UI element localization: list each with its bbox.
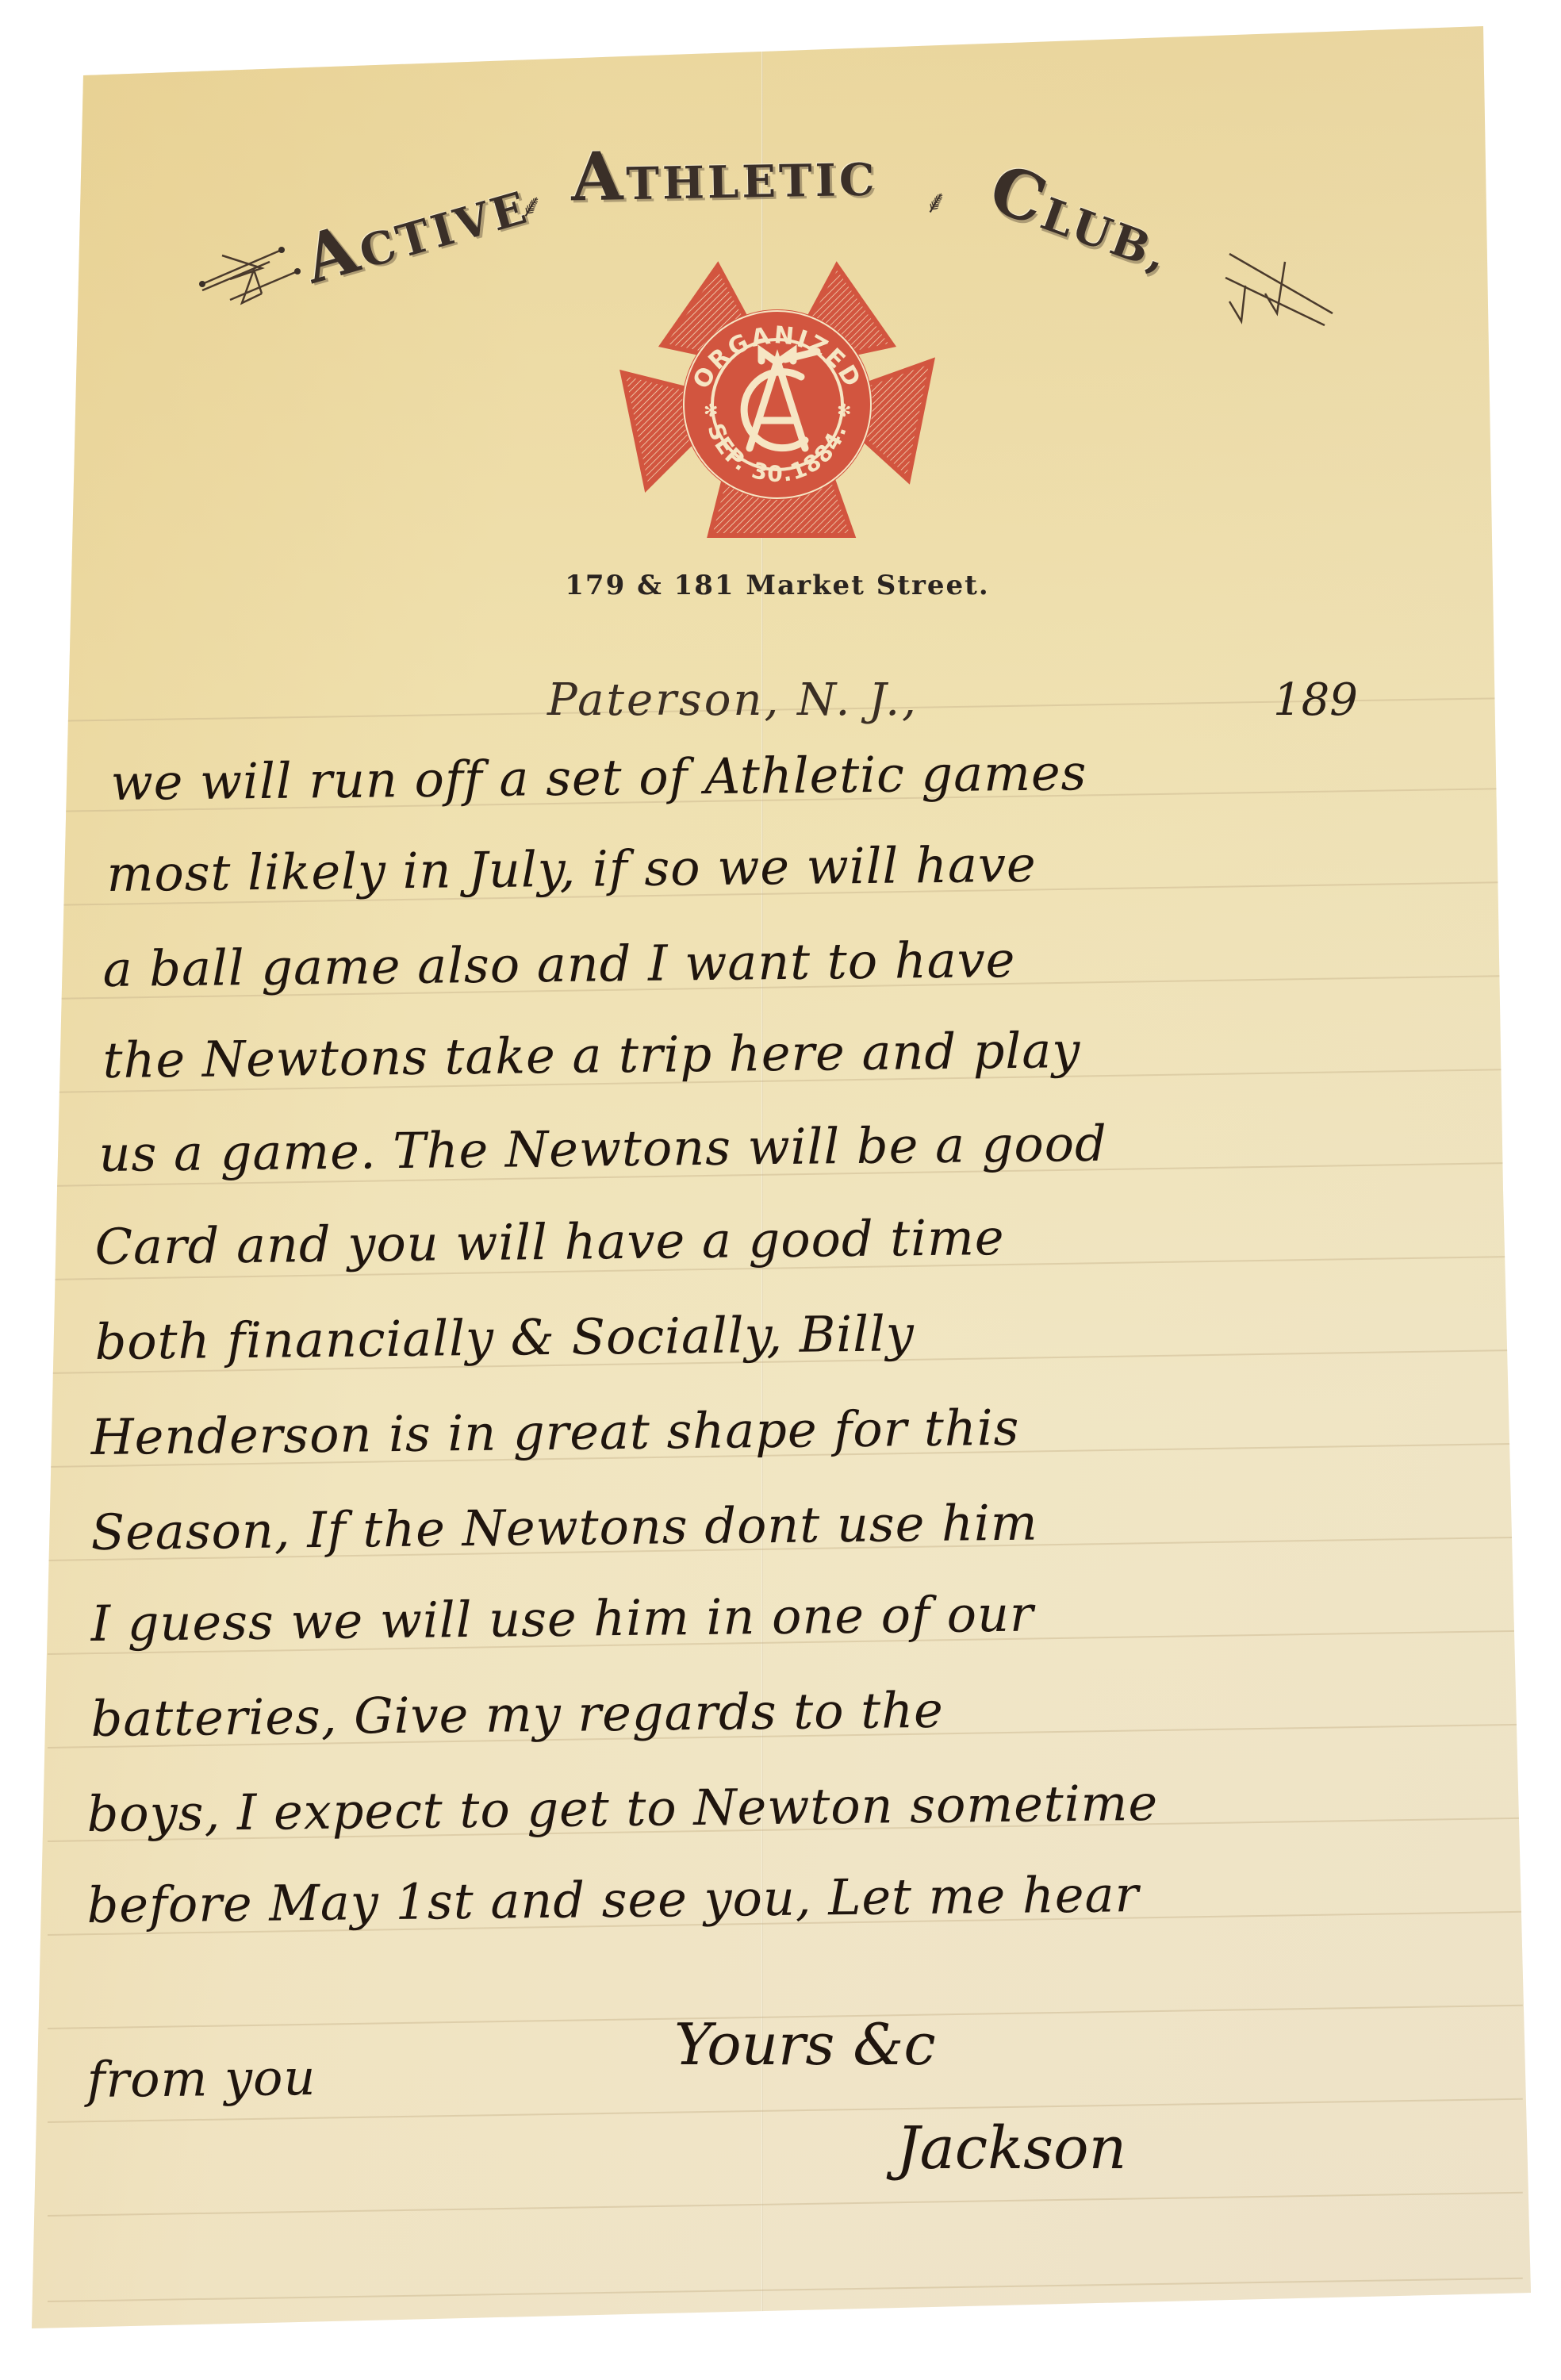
body-line: Season, If the Newtons dont use him <box>90 1494 1038 1561</box>
body-line: from you <box>86 2048 316 2109</box>
ornament-arrow-left-icon <box>198 222 309 309</box>
body-line: the Newtons take a trip here and play <box>102 1021 1080 1089</box>
emblem-star-right: ✻ <box>837 401 851 421</box>
dateline-year: 189 <box>1273 674 1358 726</box>
body-line: we will run off a set of Athletic games <box>110 743 1087 812</box>
closing-valediction: Yours &c <box>674 2011 936 2078</box>
emblem-star-left: ✻ <box>704 401 718 421</box>
fleuron-separator-icon: ⸙ <box>520 182 543 226</box>
body-line: Henderson is in great shape for this <box>90 1399 1020 1466</box>
body-line: a ball game also and I want to have <box>102 931 1016 998</box>
letterhead-address: 179 & 181 Market Street. <box>476 570 1079 601</box>
ornament-arrow-right-icon <box>1222 246 1340 333</box>
body-line: Card and you will have a good time <box>94 1208 1005 1276</box>
title-word-active: ACTIVE <box>295 160 536 298</box>
dateline-place: Paterson, N. J., <box>547 674 919 726</box>
title-word-athletic: ATHLETIC <box>570 132 878 217</box>
ruled-line <box>48 2278 1523 2302</box>
body-line: us a game. The Newtons will be a good <box>98 1115 1107 1183</box>
body-line: before May 1st and see you, Let me hear <box>86 1865 1139 1934</box>
body-line: boys, I expect to get to Newton sometime <box>86 1774 1158 1843</box>
fleuron-separator-icon: ⸙ <box>924 178 948 222</box>
club-emblem-icon: ORGANIZED SEP. 30.1884. ✻ ✻ <box>615 258 940 543</box>
title-word-club: CLUB, <box>980 148 1184 287</box>
ruled-line <box>48 2192 1523 2217</box>
body-line: most likely in July, if so we will have <box>106 835 1037 903</box>
body-line: both financially & Socially, Billy <box>94 1304 915 1371</box>
body-line: batteries, Give my regards to the <box>90 1681 944 1748</box>
signature: Jackson <box>896 2114 1126 2182</box>
body-line: I guess we will use him in one of our <box>90 1585 1034 1653</box>
